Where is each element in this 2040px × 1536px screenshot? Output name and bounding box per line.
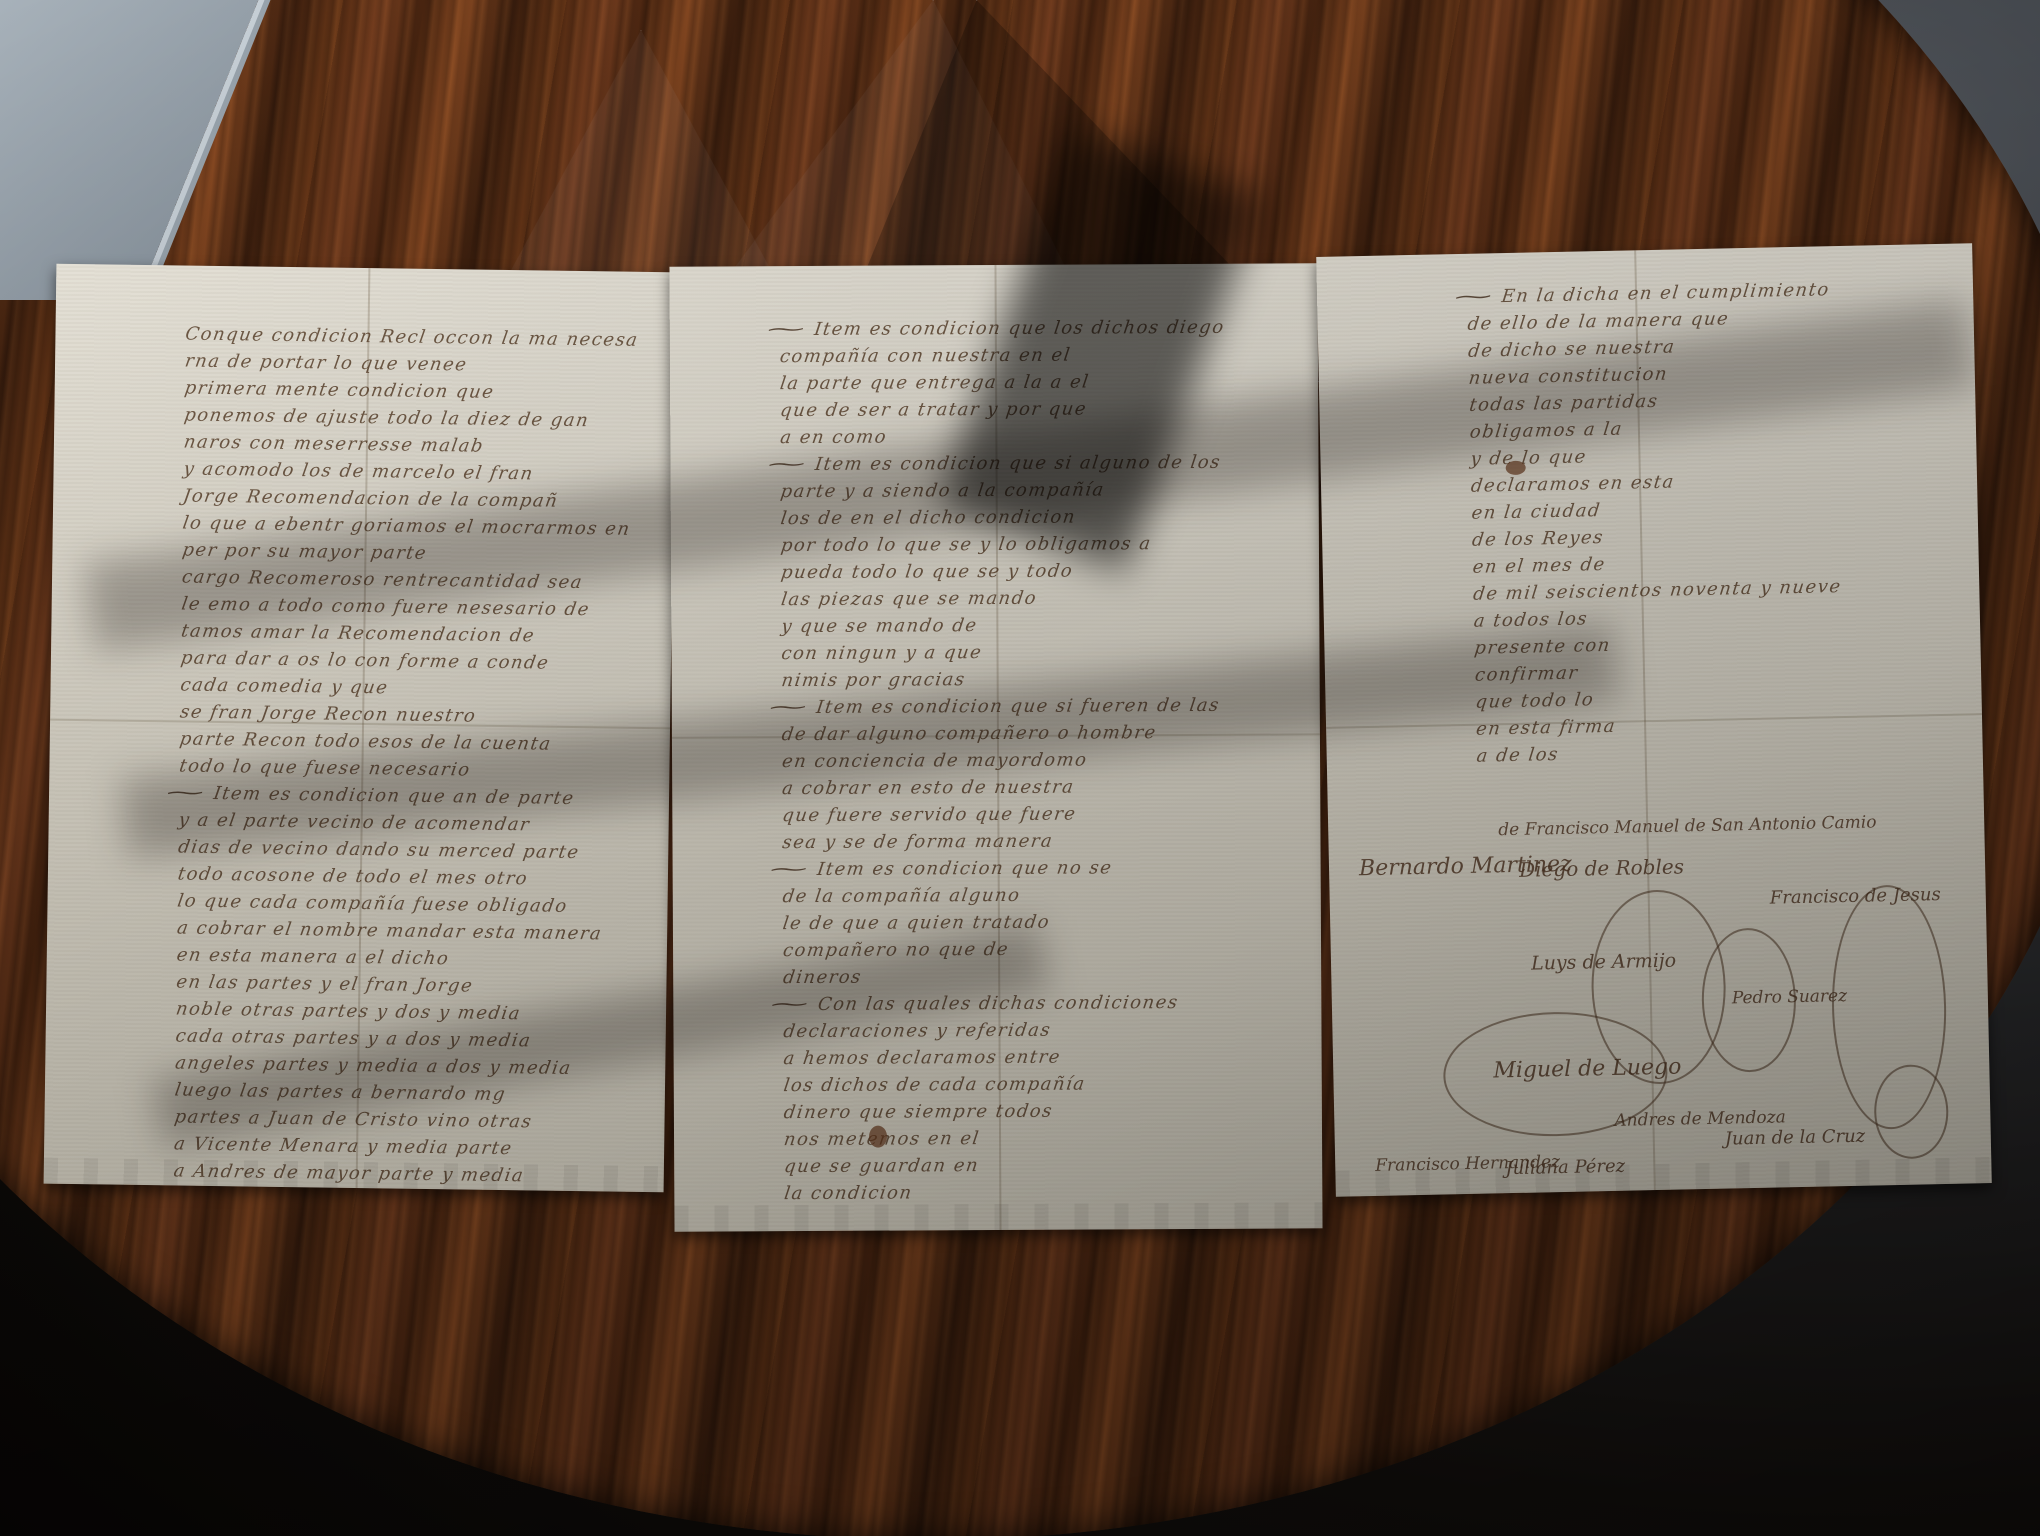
manuscript-line: los dichos de cada compañía [782,1069,1323,1099]
manuscript-line: que de ser a tratar y por que [778,394,1320,424]
manuscript-line: y que se mando de [780,610,1322,640]
manuscript-line: que se guardan en [782,1150,1322,1180]
handwritten-text: Item es condicion que los dichos diegoco… [780,313,1323,1207]
manuscript-line: dineros [781,961,1322,991]
manuscript-page-left: Conque condicion Recl occon la ma necesa… [44,264,677,1193]
manuscript-line: Item es condicion que no se [781,853,1323,883]
handwritten-text: Conque condicion Recl occon la ma necesa… [172,321,676,1193]
manuscript-line: le de que a quien tratado [781,907,1322,937]
manuscript-line: declaraciones y referidas [782,1015,1323,1045]
manuscript-line: Item es condicion que si fueren de las [780,691,1322,721]
manuscript-line: Item es condicion que si alguno de los [779,448,1321,478]
manuscript-line: compañía con nuestra en el [778,340,1320,370]
manuscript-line: de dar alguno compañero o hombre [780,718,1322,748]
manuscript-line: nimis por gracias [780,664,1322,694]
signature-flourish [1873,1064,1949,1160]
manuscript-line: la parte que entrega a la a el [778,367,1320,397]
manuscript-line: a hemos declaramos entre [782,1042,1323,1072]
deckle-edge [674,1202,1322,1231]
manuscript-line: compañero no que de [781,934,1322,964]
ink-stain [869,1126,887,1148]
manuscript-line: dinero que siempre todos [782,1096,1322,1126]
photo-scene: Conque condicion Recl occon la ma necesa… [0,0,2040,1536]
signature-flourish [1700,927,1797,1073]
manuscript-line: las piezas que se mando [779,583,1321,613]
manuscript-line: por todo lo que se y lo obligamos a [779,529,1321,559]
manuscript-line: los de en el dicho condicion [779,502,1321,532]
manuscript-line: pueda todo lo que se y todo [779,556,1321,586]
header-note: de Francisco Manuel de San Antonio Camio [1498,812,1877,840]
signature: Diego de Robles [1519,854,1684,881]
manuscript-line: a cobrar en esto de nuestra [780,772,1322,802]
manuscript-line: Item es condicion que los dichos diego [778,313,1320,343]
manuscript-line: a en como [779,421,1321,451]
manuscript-line: en conciencia de mayordomo [780,745,1322,775]
manuscript-line: parte y a siendo a la compañía [779,475,1321,505]
manuscript-line: con ningun y a que [780,637,1322,667]
manuscript-line: sea y se de forma manera [781,826,1323,856]
manuscript-page-right: En la dicha en el cumplimientode ello de… [1316,243,1992,1197]
manuscript-line: nos metemos en el [782,1123,1322,1153]
signature: Juan de la Cruz [1725,1126,1866,1150]
handwritten-text: En la dicha en el cumplimientode ello de… [1467,273,1983,769]
manuscript-line: de la compañía alguno [781,880,1323,910]
manuscript-page-middle: Item es condicion que los dichos diegoco… [669,263,1322,1231]
manuscript-line: que fuere servido que fuere [781,799,1323,829]
manuscript-line: Con las quales dichas condiciones [782,988,1323,1018]
